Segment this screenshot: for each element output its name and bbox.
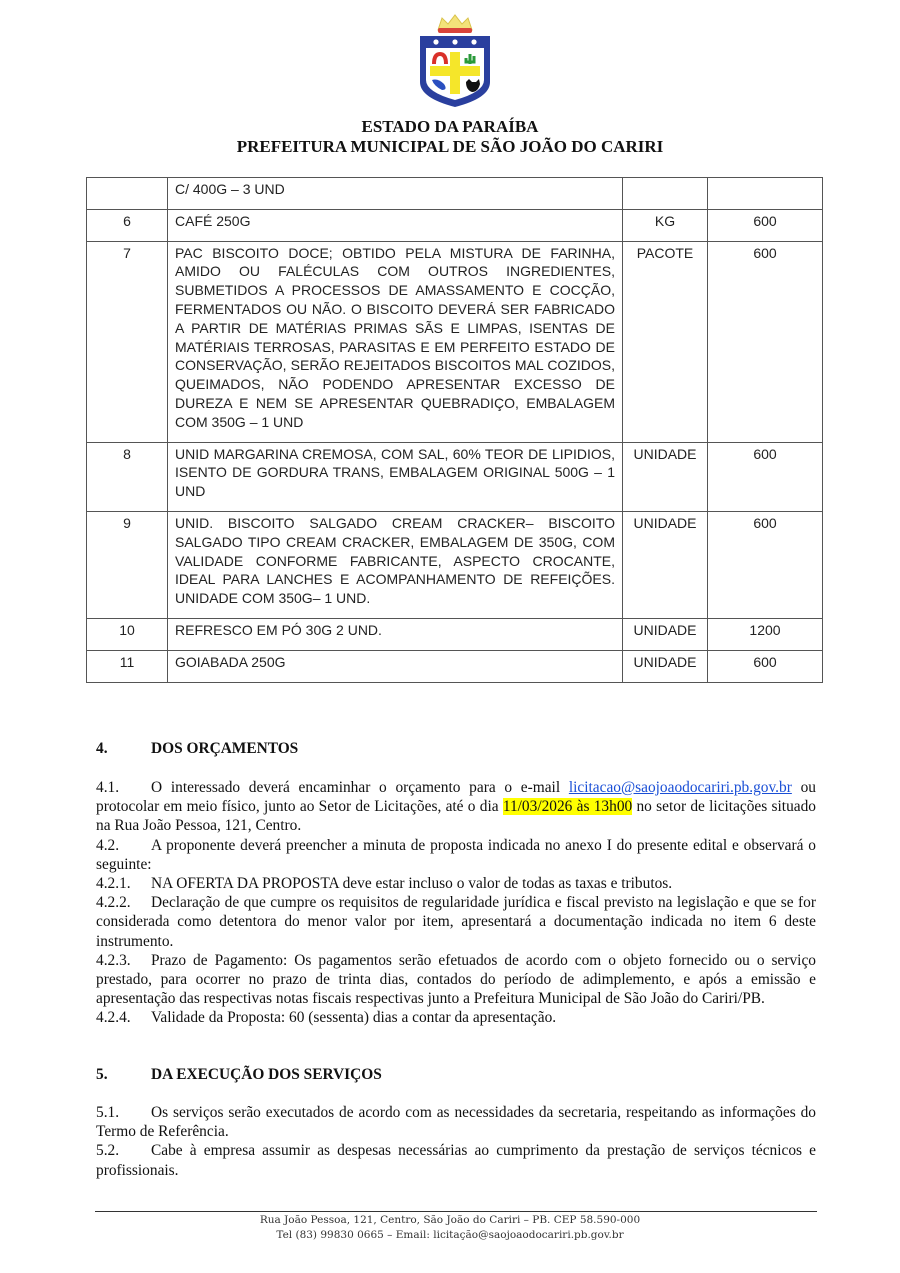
paragraph-5-1: 5.1.Os serviços serão executados de acor… bbox=[96, 1103, 816, 1141]
table-row: C/ 400G – 3 UND bbox=[87, 178, 823, 210]
item-number: 7 bbox=[87, 241, 168, 442]
paragraph-5-2: 5.2.Cabe à empresa assumir as despesas n… bbox=[96, 1141, 816, 1179]
section-4: 4.DOS ORÇAMENTOS bbox=[96, 739, 816, 758]
paragraph-text: O interessado deverá encaminhar o orçame… bbox=[151, 779, 569, 796]
email-link[interactable]: licitacao@saojoaodocariri.pb.gov.br bbox=[569, 779, 792, 796]
item-number: 9 bbox=[87, 511, 168, 618]
section-number: 4. bbox=[96, 739, 151, 758]
item-quantity: 600 bbox=[708, 511, 823, 618]
header-state: ESTADO DA PARAÍBA bbox=[0, 117, 900, 137]
item-unit: UNIDADE bbox=[623, 511, 708, 618]
paragraph-text: NA OFERTA DA PROPOSTA deve estar incluso… bbox=[151, 875, 672, 892]
paragraph-text: Cabe à empresa assumir as despesas neces… bbox=[96, 1142, 816, 1178]
item-quantity bbox=[708, 178, 823, 210]
item-quantity: 600 bbox=[708, 241, 823, 442]
item-number bbox=[87, 178, 168, 210]
item-description: REFRESCO EM PÓ 30G 2 UND. bbox=[168, 618, 623, 650]
paragraph-label: 4.2.3. bbox=[96, 951, 151, 970]
header-municipality: PREFEITURA MUNICIPAL DE SÃO JOÃO DO CARI… bbox=[0, 137, 900, 157]
paragraph-4-2-3: 4.2.3.Prazo de Pagamento: Os pagamentos … bbox=[96, 951, 816, 1009]
item-quantity: 600 bbox=[708, 650, 823, 682]
section-number: 5. bbox=[96, 1065, 151, 1084]
paragraph-label: 4.2. bbox=[96, 836, 151, 855]
item-quantity: 600 bbox=[708, 442, 823, 511]
section-5: 5.DA EXECUÇÃO DOS SERVIÇOS bbox=[96, 1065, 816, 1084]
table-row: 10 REFRESCO EM PÓ 30G 2 UND. UNIDADE 120… bbox=[87, 618, 823, 650]
item-description: UNID MARGARINA CREMOSA, COM SAL, 60% TEO… bbox=[168, 442, 623, 511]
paragraph-text: Os serviços serão executados de acordo c… bbox=[96, 1104, 816, 1140]
table-row: 6 CAFÉ 250G KG 600 bbox=[87, 209, 823, 241]
item-number: 11 bbox=[87, 650, 168, 682]
item-quantity: 1200 bbox=[708, 618, 823, 650]
item-number: 6 bbox=[87, 209, 168, 241]
section-title: DOS ORÇAMENTOS bbox=[151, 740, 298, 757]
item-description: C/ 400G – 3 UND bbox=[168, 178, 623, 210]
section-5-heading: 5.DA EXECUÇÃO DOS SERVIÇOS bbox=[96, 1065, 816, 1084]
section-4-body: 4.1.O interessado deverá encaminhar o or… bbox=[96, 778, 816, 1028]
item-unit: KG bbox=[623, 209, 708, 241]
item-unit: UNIDADE bbox=[623, 442, 708, 511]
paragraph-text: A proponente deverá preencher a minuta d… bbox=[96, 837, 816, 873]
section-5-body: 5.1.Os serviços serão executados de acor… bbox=[96, 1103, 816, 1180]
table-row: 11 GOIABADA 250G UNIDADE 600 bbox=[87, 650, 823, 682]
footer-divider bbox=[95, 1211, 817, 1212]
paragraph-4-2-1: 4.2.1.NA OFERTA DA PROPOSTA deve estar i… bbox=[96, 874, 816, 893]
section-4-heading: 4.DOS ORÇAMENTOS bbox=[96, 739, 816, 758]
item-unit bbox=[623, 178, 708, 210]
item-description: UNID. BISCOITO SALGADO CREAM CRACKER– BI… bbox=[168, 511, 623, 618]
item-description: CAFÉ 250G bbox=[168, 209, 623, 241]
footer-contact: Tel (83) 99830 0665 – Email: licitação@s… bbox=[0, 1229, 900, 1241]
paragraph-text: Prazo de Pagamento: Os pagamentos serão … bbox=[96, 952, 816, 1007]
municipal-coat-of-arms-icon bbox=[416, 12, 494, 110]
paragraph-4-2: 4.2.A proponente deverá preencher a minu… bbox=[96, 836, 816, 874]
item-quantity: 600 bbox=[708, 209, 823, 241]
table-row: 9 UNID. BISCOITO SALGADO CREAM CRACKER– … bbox=[87, 511, 823, 618]
paragraph-4-2-4: 4.2.4.Validade da Proposta: 60 (sessenta… bbox=[96, 1008, 816, 1027]
footer-address: Rua João Pessoa, 121, Centro, São João d… bbox=[0, 1214, 900, 1226]
item-number: 10 bbox=[87, 618, 168, 650]
section-title: DA EXECUÇÃO DOS SERVIÇOS bbox=[151, 1066, 382, 1083]
paragraph-label: 4.2.1. bbox=[96, 874, 151, 893]
item-number: 8 bbox=[87, 442, 168, 511]
table-row: 7 PAC BISCOITO DOCE; OBTIDO PELA MISTURA… bbox=[87, 241, 823, 442]
paragraph-4-1: 4.1.O interessado deverá encaminhar o or… bbox=[96, 778, 816, 836]
paragraph-label: 5.1. bbox=[96, 1103, 151, 1122]
items-table: C/ 400G – 3 UND 6 CAFÉ 250G KG 600 7 PAC… bbox=[86, 177, 823, 683]
item-unit: PACOTE bbox=[623, 241, 708, 442]
item-unit: UNIDADE bbox=[623, 650, 708, 682]
paragraph-label: 4.2.4. bbox=[96, 1008, 151, 1027]
paragraph-4-2-2: 4.2.2.Declaração de que cumpre os requis… bbox=[96, 893, 816, 951]
paragraph-text: Validade da Proposta: 60 (sessenta) dias… bbox=[151, 1009, 556, 1026]
paragraph-label: 4.2.2. bbox=[96, 893, 151, 912]
item-description: GOIABADA 250G bbox=[168, 650, 623, 682]
paragraph-label: 5.2. bbox=[96, 1141, 151, 1160]
item-unit: UNIDADE bbox=[623, 618, 708, 650]
paragraph-text: Declaração de que cumpre os requisitos d… bbox=[96, 894, 816, 949]
table-row: 8 UNID MARGARINA CREMOSA, COM SAL, 60% T… bbox=[87, 442, 823, 511]
item-description: PAC BISCOITO DOCE; OBTIDO PELA MISTURA D… bbox=[168, 241, 623, 442]
deadline-highlight: 11/03/2026 às 13h00 bbox=[503, 798, 632, 815]
paragraph-label: 4.1. bbox=[96, 778, 151, 797]
